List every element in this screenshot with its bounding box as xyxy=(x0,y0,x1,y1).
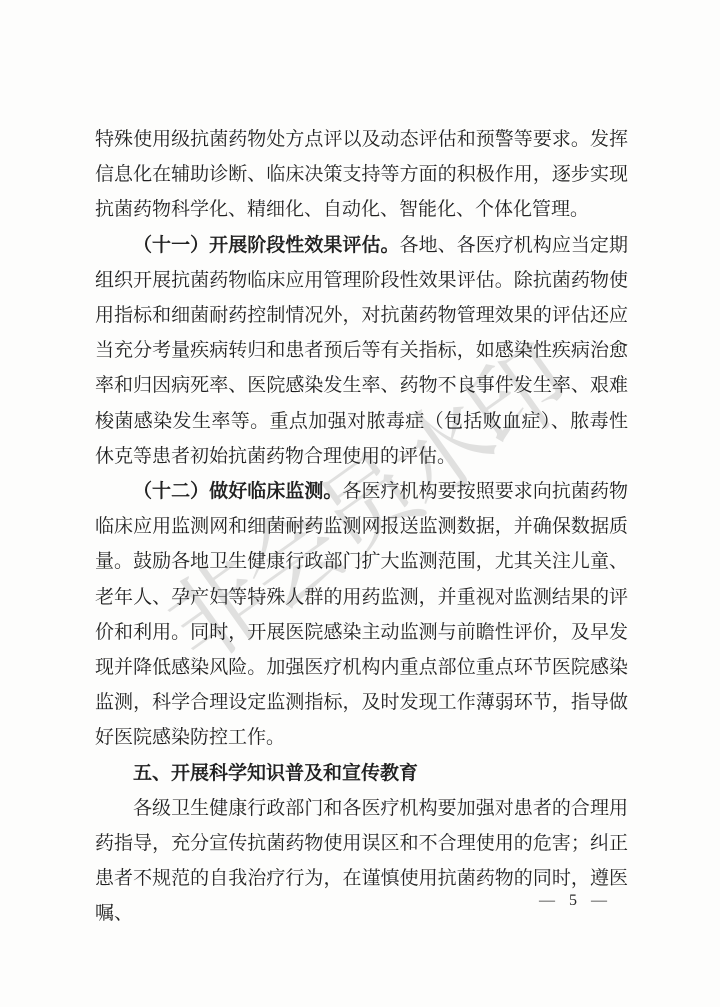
paragraph-lead: （十二）做好临床监测。 xyxy=(133,481,342,502)
paragraph: 特殊使用级抗菌药物处方点评以及动态评估和预警等要求。发挥信息化在辅助诊断、临床决… xyxy=(95,122,628,228)
paragraph-text: 特殊使用级抗菌药物处方点评以及动态评估和预警等要求。发挥信息化在辅助诊断、临床决… xyxy=(95,129,628,220)
paragraph-lead: （十一）开展阶段性效果评估。 xyxy=(133,235,400,256)
paragraph: （十一）开展阶段性效果评估。各地、各医疗机构应当定期组织开展抗菌药物临床应用管理… xyxy=(95,228,628,474)
paragraph: 各级卫生健康行政部门和各医疗机构要加强对患者的合理用药指导，充分宣传抗菌药物使用… xyxy=(95,791,628,932)
page-content: 特殊使用级抗菌药物处方点评以及动态评估和预警等要求。发挥信息化在辅助诊断、临床决… xyxy=(95,122,628,932)
document-page: 非会员水印 特殊使用级抗菌药物处方点评以及动态评估和预警等要求。发挥信息化在辅助… xyxy=(0,0,720,1007)
paragraph-text: 各地、各医疗机构应当定期组织开展抗菌药物临床应用管理阶段性效果评估。除抗菌药物使… xyxy=(95,235,628,467)
section-heading: 五、开展科学知识普及和宣传教育 xyxy=(95,756,628,791)
page-number: — 5 — xyxy=(539,892,612,910)
paragraph: （十二）做好临床监测。各医疗机构要按照要求向抗菌药物临床应用监测网和细菌耐药监测… xyxy=(95,474,628,756)
paragraph-text: 各医疗机构要按照要求向抗菌药物临床应用监测网和细菌耐药监测网报送监测数据，并确保… xyxy=(95,481,628,748)
